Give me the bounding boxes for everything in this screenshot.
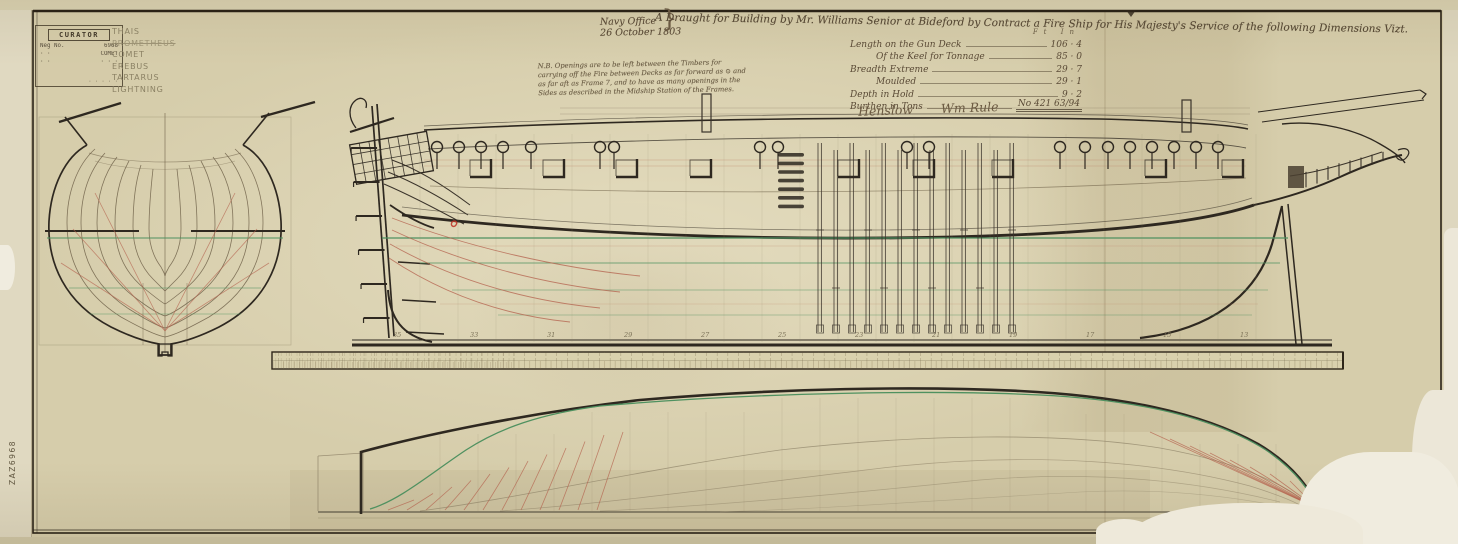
stamp-row: · · COMET bbox=[36, 51, 122, 57]
sheer-plan bbox=[350, 90, 1426, 345]
stamp-row2-label: · · bbox=[40, 51, 50, 57]
station-number: 19 bbox=[1009, 331, 1017, 339]
station-number: 29 bbox=[624, 331, 632, 339]
ship-name: TARTARUS bbox=[112, 72, 176, 84]
dim-value: 29 · 1 bbox=[1056, 77, 1082, 87]
stamp-row3-label: · · bbox=[40, 59, 50, 65]
leader-line bbox=[932, 71, 1052, 72]
dimension-row: Moulded 29 · 1 bbox=[850, 75, 1082, 88]
leader-line bbox=[920, 83, 1052, 84]
half-breadth-plan bbox=[318, 388, 1402, 518]
dimension-row: Length on the Gun Deck 106 · 4 bbox=[850, 37, 1082, 50]
pencil-ship-list: THAIS PROMETHEUS COMET EREBUS TARTARUS L… bbox=[112, 26, 176, 95]
dim-value: 85 · 0 bbox=[1056, 52, 1082, 62]
leader-line bbox=[989, 58, 1053, 59]
scale-bar bbox=[272, 352, 1343, 369]
ship-name: THAIS bbox=[112, 26, 176, 38]
ship-name: COMET bbox=[112, 49, 176, 61]
leader-line bbox=[918, 96, 1058, 97]
body-plan bbox=[39, 102, 315, 356]
curator-stamp: CURATOR Neg No. 6968 · · COMET · · · · ·… bbox=[35, 25, 123, 87]
dim-label: Breadth Extreme bbox=[850, 65, 928, 75]
stamp-header: CURATOR bbox=[48, 29, 110, 41]
stamp-neg-label: Neg No. bbox=[40, 43, 64, 49]
station-number: 31 bbox=[547, 331, 555, 339]
stamp-row: · · · · · bbox=[36, 59, 122, 65]
stamp-row: Neg No. 6968 bbox=[36, 43, 122, 49]
station-number: 13 bbox=[1240, 331, 1248, 339]
ship-name: EREBUS bbox=[112, 61, 176, 73]
signature-henslow: Henslow bbox=[858, 102, 913, 119]
dim-label: Moulded bbox=[850, 77, 916, 87]
ship-name: LIGHTNING bbox=[112, 84, 176, 96]
ship-draught-sheet: CURATOR Neg No. 6968 · · COMET · · · · ·… bbox=[0, 0, 1458, 544]
station-number: 17 bbox=[1086, 331, 1094, 339]
stamp-footer: · · · · · bbox=[40, 79, 118, 85]
dim-label: Of the Keel for Tonnage bbox=[850, 52, 985, 62]
dim-label: Length on the Gun Deck bbox=[850, 40, 962, 50]
station-number: 21 bbox=[932, 331, 940, 339]
leader-line bbox=[966, 46, 1047, 47]
dimension-row: Of the Keel for Tonnage 85 · 0 bbox=[850, 50, 1082, 63]
station-number: 35 bbox=[393, 331, 401, 339]
nb-note: N.B. Openings are to be left between the… bbox=[538, 58, 753, 98]
signature-rule: Wm Rule bbox=[941, 99, 999, 116]
station-number: 27 bbox=[701, 331, 709, 339]
station-number: 33 bbox=[470, 331, 478, 339]
units-header: Ft In bbox=[1033, 28, 1080, 36]
archive-id-vertical: ZAZ6968 bbox=[8, 440, 17, 485]
dimension-row: Breadth Extreme 29 · 7 bbox=[850, 62, 1082, 75]
dim-value: 29 · 7 bbox=[1056, 65, 1082, 75]
station-number: 25 bbox=[778, 331, 786, 339]
station-number: 15 bbox=[1163, 331, 1171, 339]
station-number: 23 bbox=[855, 331, 863, 339]
dim-label: Depth in Hold bbox=[850, 90, 914, 100]
dim-value: 106 · 4 bbox=[1051, 40, 1083, 50]
ship-name-struck: PROMETHEUS bbox=[112, 38, 176, 50]
